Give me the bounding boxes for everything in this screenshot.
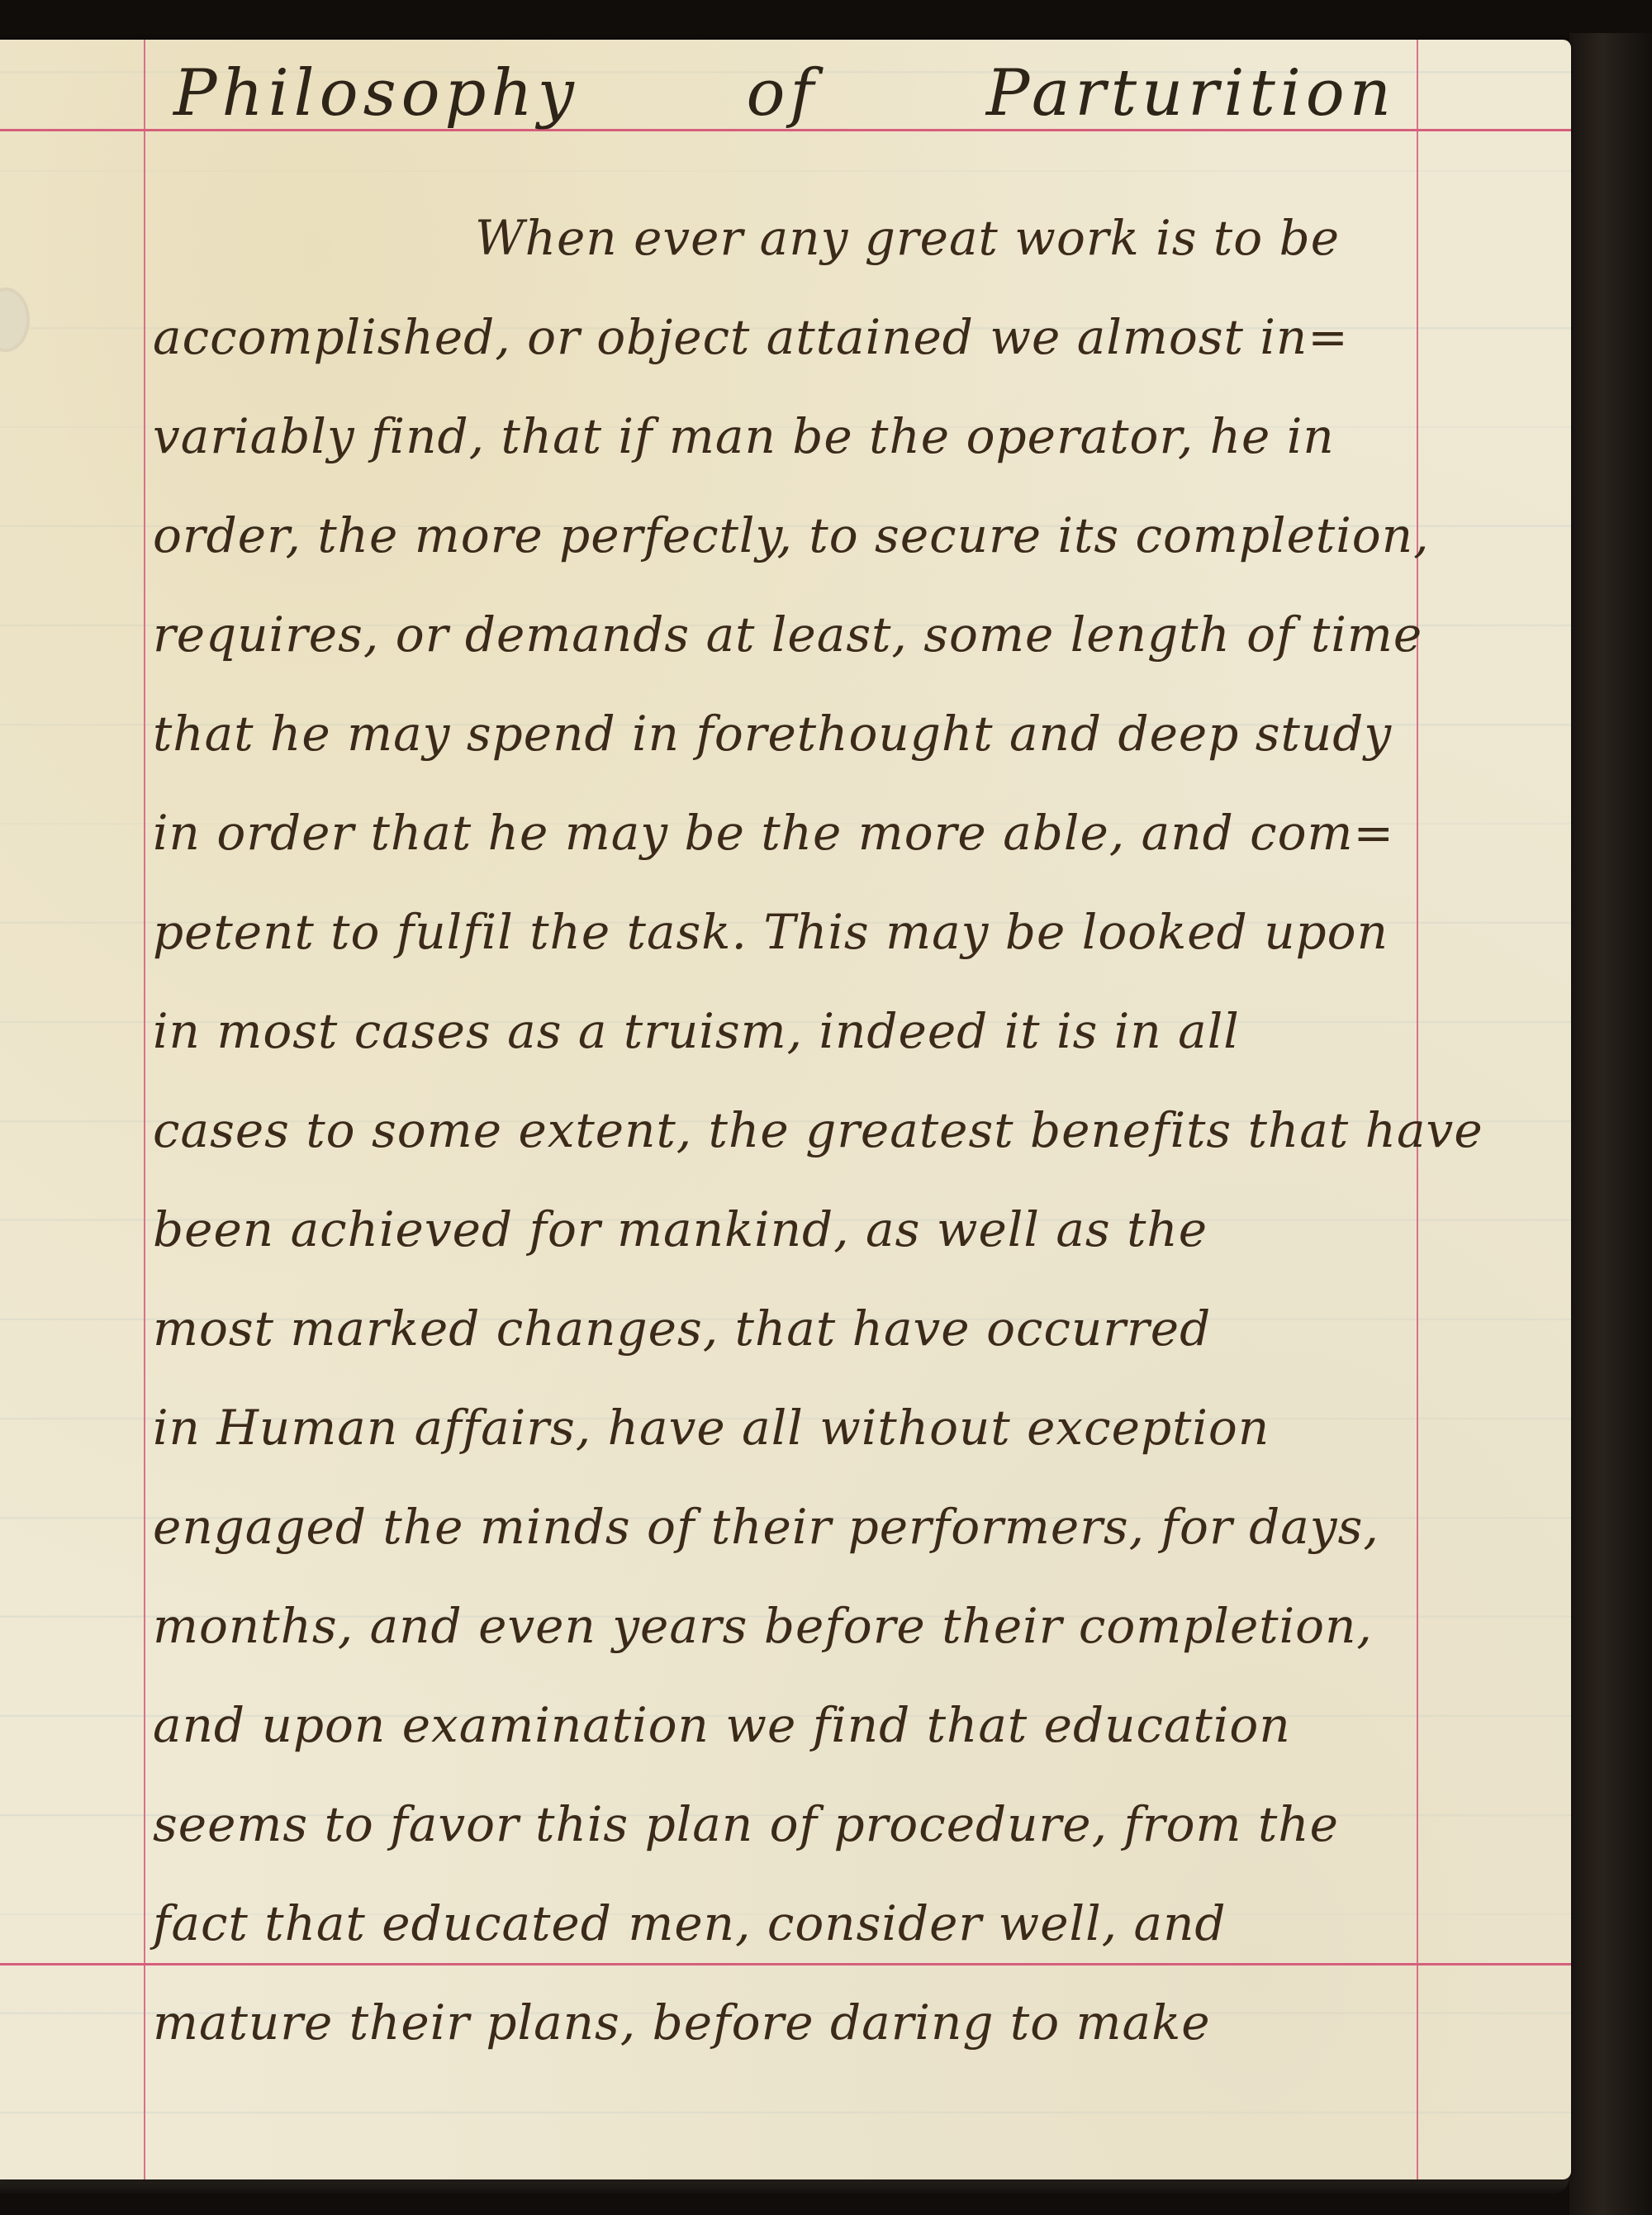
- text-line: in Human affairs, have all without excep…: [153, 1378, 1417, 1477]
- text-line: petent to fulfil the task. This may be l…: [153, 882, 1417, 982]
- text-line: in order that he may be the more able, a…: [153, 783, 1417, 882]
- text-line: and upon examination we find that educat…: [153, 1676, 1417, 1775]
- text-line: that he may spend in forethought and dee…: [153, 684, 1417, 783]
- text-line: in most cases as a truism, indeed it is …: [153, 982, 1417, 1081]
- text-line: seems to favor this plan of procedure, f…: [153, 1775, 1417, 1874]
- text-line: fact that educated men, consider well, a…: [153, 1874, 1417, 1973]
- book-binding-edge: [1569, 33, 1652, 2215]
- text-line: accomplished, or object attained we almo…: [153, 288, 1417, 387]
- text-line: months, and even years before their comp…: [153, 1576, 1417, 1676]
- text-line: most marked changes, that have occurred: [153, 1279, 1417, 1378]
- title-word-1: Philosophy: [173, 56, 579, 131]
- punch-hole: [0, 288, 30, 352]
- text-line: variably find, that if man be the operat…: [153, 387, 1417, 486]
- title-word-2: of: [746, 56, 819, 131]
- page-title: Philosophy of Parturition: [173, 56, 1396, 131]
- text-line: order, the more perfectly, to secure its…: [153, 486, 1417, 585]
- text-line: been achieved for mankind, as well as th…: [153, 1180, 1417, 1279]
- title-word-3: Parturition: [986, 56, 1396, 131]
- manuscript-body: When ever any great work is to be accomp…: [153, 188, 1417, 2072]
- text-line: engaged the minds of their performers, f…: [153, 1477, 1417, 1576]
- text-line: requires, or demands at least, some leng…: [153, 585, 1417, 684]
- text-line: mature their plans, before daring to mak…: [153, 1973, 1417, 2072]
- text-line: cases to some extent, the greatest benef…: [153, 1081, 1417, 1180]
- text-line: When ever any great work is to be: [153, 188, 1417, 288]
- manuscript-page: Philosophy of Parturition When ever any …: [0, 40, 1571, 2179]
- left-margin-rule: [144, 40, 145, 2179]
